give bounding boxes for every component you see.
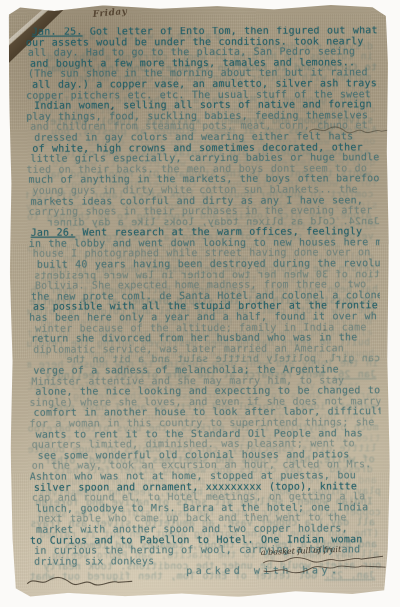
date-heading: Jan 26. [31, 228, 76, 239]
typed-line: tion of 30 when her two brother in law w… [29, 270, 380, 282]
handwritten-note-bottom-right: a basket full of fruit [261, 543, 394, 575]
typed-line: can girl, politely brittle salut and a b… [37, 355, 380, 367]
handwritten-scribble-margin [307, 123, 391, 135]
typed-text-body: Jan. 25. Got letter of Ento Tom, then fi… [26, 26, 381, 586]
document-page: Friday packed with hay.driving six donke… [9, 4, 391, 598]
handwritten-day-annotation: Friday [92, 7, 128, 20]
date-heading: Jan. 25. [32, 27, 83, 38]
handwritten-signature-scribble [24, 573, 136, 588]
photo-background: Friday packed with hay.driving six donke… [0, 0, 400, 607]
typed-line: Jan24. Cold as blixen today, looks like … [35, 217, 380, 229]
